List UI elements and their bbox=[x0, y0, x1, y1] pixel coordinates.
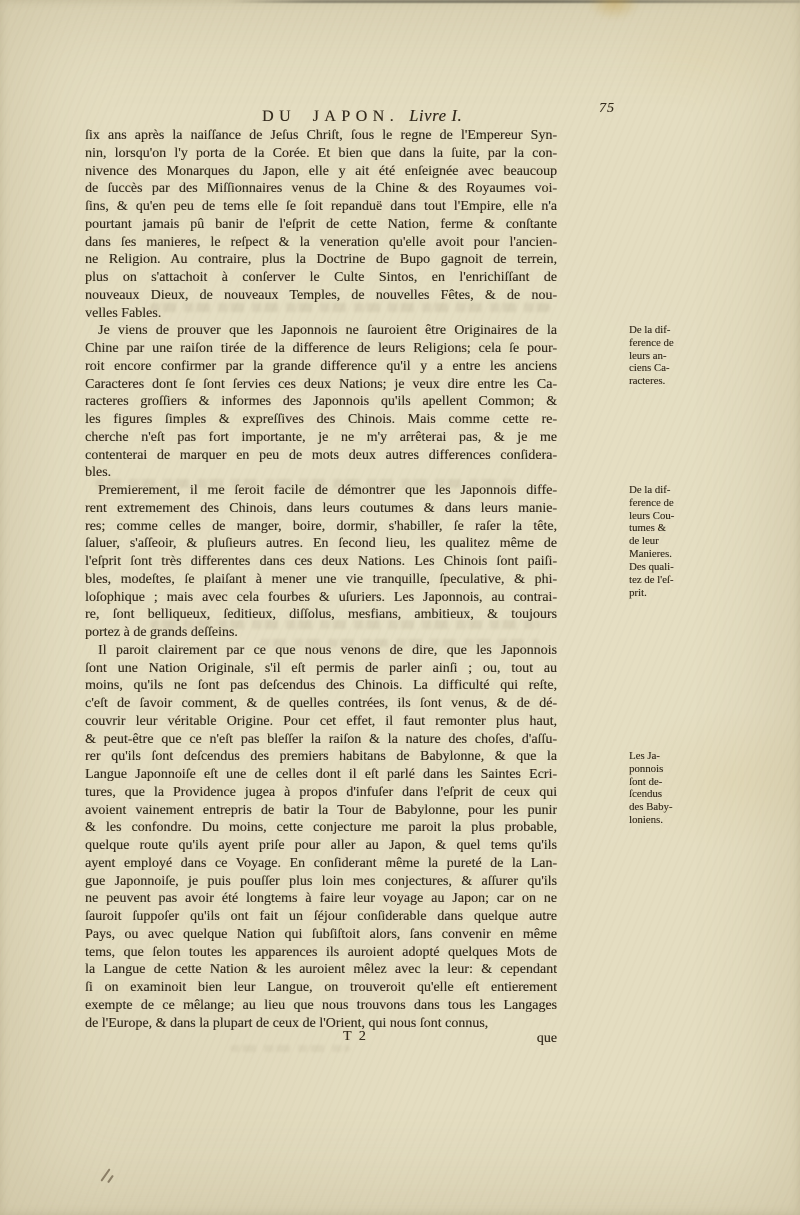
text-line: c'eſt de ſavoir comment, & de quelles co… bbox=[85, 695, 557, 713]
verso-show-through bbox=[95, 479, 515, 488]
margin-note-line: des Baby- bbox=[629, 801, 725, 814]
text-line: nivence des Monarques du Japon, elle y a… bbox=[85, 163, 557, 181]
text-line: couvrir leur véritable Origine. Pour cet… bbox=[85, 713, 557, 731]
text-line: exempte de ce mêlange; au lieu que nous … bbox=[85, 997, 557, 1015]
text-line: de l'Europe, & dans la plupart de ceux d… bbox=[85, 1015, 557, 1033]
text-line: cherche n'eſt pas fort importante, je ne… bbox=[85, 429, 557, 447]
text-line: ſi on examinoit bien leur Langue, on tro… bbox=[85, 979, 557, 997]
margin-note-line: leurs Cou- bbox=[629, 510, 725, 523]
text-line: ſaluer, s'aſſeoir, & pluſieurs autres. E… bbox=[85, 535, 557, 553]
text-line: nouveaux Dieux, de nouveaux Temples, de … bbox=[85, 287, 557, 305]
margin-note-line: ference de bbox=[629, 497, 725, 510]
text-line: tems, que ſelon toutes les apparences il… bbox=[85, 944, 557, 962]
margin-note-line: De la dif- bbox=[629, 484, 725, 497]
verso-show-through bbox=[230, 1045, 350, 1052]
text-line: tures, que la Providence jugea à propos … bbox=[85, 784, 557, 802]
text-line: l'eſprit ſont très differentes dans ces … bbox=[85, 553, 557, 571]
margin-note-line: Les Ja- bbox=[629, 750, 725, 763]
text-line: ne Religion. Au contraire, plus la Doctr… bbox=[85, 251, 557, 269]
text-line: contenterai de marquer en peu de mots de… bbox=[85, 447, 557, 465]
text-line: ſins, & qu'en peu de tems elle ſe ſoit r… bbox=[85, 198, 557, 216]
text-line: ſauroit ſuppoſer qu'ils ont fait un ſéjo… bbox=[85, 908, 557, 926]
margin-note-line: prit. bbox=[629, 587, 725, 600]
margin-note-line: de leur bbox=[629, 535, 725, 548]
text-line: Je viens de prouver que les Japonnois ne… bbox=[85, 322, 557, 340]
text-line: ne peuvent pas avoir été longtems à fair… bbox=[85, 890, 557, 908]
text-line: & les confondre. Du moins, cette conject… bbox=[85, 819, 557, 837]
text-line: plus on s'attachoit à conſerver le Culte… bbox=[85, 269, 557, 287]
margin-note-line: Des quali- bbox=[629, 561, 725, 574]
text-line: Chine par une raiſon tirée de la differe… bbox=[85, 340, 557, 358]
running-title-text: DU JAPON. bbox=[262, 108, 399, 125]
text-line: ayent employé dans ce Voyage. En conſide… bbox=[85, 855, 557, 873]
text-line: res; comme celles de manger, boire, dorm… bbox=[85, 518, 557, 536]
margin-note-line: De la dif- bbox=[629, 324, 725, 337]
text-line: & peut-être que ce n'eſt pas bleſſer la … bbox=[85, 731, 557, 749]
text-line: les figures ſimples & expreſſives des Ch… bbox=[85, 411, 557, 429]
text-line: ſont une Nation Originale, s'il eſt perm… bbox=[85, 660, 557, 678]
text-line: Pays, ou avec quelque Nation qui ſubſiſt… bbox=[85, 926, 557, 944]
text-line: la Langue de cette Nation & les auroient… bbox=[85, 961, 557, 979]
text-line: rer qu'ils ſont deſcendus des premiers h… bbox=[85, 748, 557, 766]
margin-note-line: ference de bbox=[629, 337, 725, 350]
margin-note-line: Manieres. bbox=[629, 548, 725, 561]
margin-note-line: ponnois bbox=[629, 763, 725, 776]
signature-mark: T 2 bbox=[343, 1029, 368, 1045]
catchword: que bbox=[525, 1031, 557, 1047]
scan-edge-shadow bbox=[228, 0, 800, 3]
margin-note: De la dif-ference deleurs Cou-tumes &de … bbox=[629, 484, 725, 561]
margin-note-line: loniens. bbox=[629, 814, 725, 827]
verso-show-through bbox=[260, 639, 540, 647]
text-line: racteres groſſiers & informes des Japonn… bbox=[85, 393, 557, 411]
text-line: Langue Japonnoiſe eſt une de celles dont… bbox=[85, 766, 557, 784]
margin-note-line: racteres. bbox=[629, 375, 725, 388]
text-line: ſix ans après la naiſſance de Jeſus Chri… bbox=[85, 127, 557, 145]
text-line: Caracteres dont ſe ſont ſervies ces deux… bbox=[85, 376, 557, 394]
text-line: quelque route qu'ils ayent priſe pour al… bbox=[85, 837, 557, 855]
margin-note-line: ciens Ca- bbox=[629, 362, 725, 375]
text-line: avoient vainement entrepris de batir la … bbox=[85, 802, 557, 820]
verso-show-through bbox=[150, 303, 550, 312]
book-page-scan: DU JAPON.Livre I. 75 ſix ans après la na… bbox=[0, 0, 800, 1215]
margin-note: De la dif-ference deleurs an-ciens Ca-ra… bbox=[629, 324, 725, 388]
book-part-label: Livre I. bbox=[409, 106, 462, 125]
running-title: DU JAPON.Livre I. bbox=[262, 106, 462, 126]
margin-note: Les Ja-ponnoisſont de-ſcendusdes Baby-lo… bbox=[629, 750, 725, 827]
margin-note-line: tez de l'eſ- bbox=[629, 574, 725, 587]
text-line: de ſuccès par des Miſſionnaires venus de… bbox=[85, 180, 557, 198]
text-line: loſophique ; mais avec cela fourbes & uſ… bbox=[85, 589, 557, 607]
text-line: nin, lorsqu'on l'y porta de la Corée. Et… bbox=[85, 145, 557, 163]
margin-note-line: ſcendus bbox=[629, 788, 725, 801]
margin-note-line: ſont de- bbox=[629, 776, 725, 789]
text-line: dans ſes manieres, le reſpect & la vener… bbox=[85, 234, 557, 252]
paper-stain bbox=[588, 0, 640, 20]
margin-note-line: tumes & bbox=[629, 522, 725, 535]
text-line: rent extremement des Chinois, dans leurs… bbox=[85, 500, 557, 518]
text-line: gue Japonnoiſe, je puis pouſſer plus loi… bbox=[85, 873, 557, 891]
margin-note: Des quali-tez de l'eſ-prit. bbox=[629, 561, 725, 599]
body-text-block: ſix ans après la naiſſance de Jeſus Chri… bbox=[85, 127, 557, 1032]
margin-note-line: leurs an- bbox=[629, 350, 725, 363]
text-line: bles, modeſtes, ſe plaiſant à mener une … bbox=[85, 571, 557, 589]
verso-show-through bbox=[150, 620, 540, 629]
text-line: moins, qu'ils ne ſont pas deſcendus des … bbox=[85, 677, 557, 695]
page-number: 75 bbox=[599, 101, 615, 117]
text-line: pourtant jamais pû banir de l'eſprit de … bbox=[85, 216, 557, 234]
text-line: roit encore confirmer par la grande diff… bbox=[85, 358, 557, 376]
